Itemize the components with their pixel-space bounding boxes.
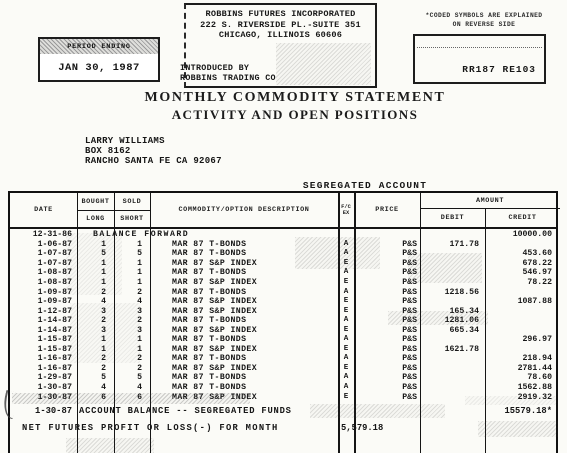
cell-description: MAR 87 T-BONDS: [150, 240, 338, 249]
cell-exchange-code: A: [338, 354, 354, 363]
column-header-amount: AMOUNT: [420, 193, 560, 208]
statement-row: 1-08-87 1 1 MAR 87 S&P INDEX E P&S 78.22: [10, 278, 560, 288]
coded-symbols-note-line1: *CODED SYMBOLS ARE EXPLAINED: [408, 12, 560, 21]
cell-sold: 1: [114, 240, 150, 249]
cell-date: 1-16-87: [10, 354, 77, 363]
cell-bought: 5: [77, 249, 114, 258]
cell-description: MAR 87 S&P INDEX: [150, 259, 338, 268]
statement-row: 1-15-87 1 1 MAR 87 S&P INDEX E P&S 1621.…: [10, 345, 560, 355]
cell-description: MAR 87 T-BONDS: [150, 354, 338, 363]
cell-price: P&S: [354, 393, 420, 402]
document-title-line1: MONTHLY COMMODITY STATEMENT: [30, 90, 560, 106]
cell-price: P&S: [354, 249, 420, 258]
cell-date: 1-07-87: [10, 259, 77, 268]
cell-exchange-code: E: [338, 259, 354, 268]
cell-credit: 1087.88: [485, 297, 560, 306]
column-header-description: COMMODITY/OPTION DESCRIPTION: [150, 193, 338, 227]
cell-description: MAR 87 T-BONDS: [150, 335, 338, 344]
scan-smudge: [66, 438, 154, 453]
cell-description: MAR 87 T-BONDS: [150, 316, 338, 325]
dotted-rule: [417, 47, 542, 48]
statement-table: DATE BOUGHT LONG SOLD SHORT COMMODITY/OP…: [8, 191, 558, 453]
section-title: SEGREGATED ACCOUNT: [180, 180, 550, 191]
broker-box: ROBBINS FUTURES INCORPORATED 222 S. RIVE…: [184, 3, 377, 88]
cell-price: P&S: [354, 383, 420, 392]
cell-sold: 4: [114, 297, 150, 306]
broker-address-line1: 222 S. RIVERSIDE PL.-SUITE 351: [186, 20, 375, 31]
cell-date: 12-31-86: [10, 230, 77, 239]
cell-bought: 2: [77, 364, 114, 373]
column-header-date: DATE: [10, 193, 77, 227]
cell-credit: 78.60: [485, 373, 560, 382]
introduced-by-block: INTRODUCED BY ROBBINS TRADING CO: [180, 64, 276, 83]
cell-sold: 1: [114, 259, 150, 268]
cell-description: MAR 87 T-BONDS: [150, 249, 338, 258]
header-rule: [10, 227, 556, 229]
cell-sold: 3: [114, 307, 150, 316]
cell-bought: 3: [77, 326, 114, 335]
cell-date: 1-12-87: [10, 307, 77, 316]
cell-exchange-code: E: [338, 345, 354, 354]
cell-credit: 678.22: [485, 259, 560, 268]
cell-exchange-code: E: [338, 326, 354, 335]
cell-debit: 665.34: [420, 326, 485, 335]
cell-sold: 5: [114, 249, 150, 258]
cell-exchange-code: E: [338, 297, 354, 306]
scan-smudge: [276, 43, 371, 85]
cell-sold: 2: [114, 316, 150, 325]
cell-date: 1-30-87: [10, 393, 77, 402]
statement-row: 1-08-87 1 1 MAR 87 T-BONDS A P&S 546.97: [10, 268, 560, 278]
cell-description: MAR 87 T-BONDS: [150, 288, 338, 297]
statement-row: 1-15-87 1 1 MAR 87 T-BONDS A P&S 296.97: [10, 335, 560, 345]
cell-price: P&S: [354, 345, 420, 354]
amount-rule: [420, 208, 560, 209]
cell-credit: 10000.00: [485, 230, 560, 239]
cell-sold: 6: [114, 393, 150, 402]
account-balance-row: 1-30-87 ACCOUNT BALANCE -- SEGREGATED FU…: [10, 403, 560, 419]
cell-price: P&S: [354, 326, 420, 335]
cell-date: 1-30-87: [10, 383, 77, 392]
cell-bought: 1: [77, 278, 114, 287]
statement-row: 1-30-87 4 4 MAR 87 T-BONDS A P&S 1562.88: [10, 383, 560, 393]
cell-exchange-code: A: [338, 383, 354, 392]
cell-date: 1-15-87: [10, 335, 77, 344]
cell-price: P&S: [354, 288, 420, 297]
cell-bought: 6: [77, 393, 114, 402]
account-balance-label: ACCOUNT BALANCE -- SEGREGATED FUNDS: [77, 406, 338, 416]
cell-description: MAR 87 S&P INDEX: [150, 364, 338, 373]
recipient-address: LARRY WILLIAMS BOX 8162 RANCHO SANTA FE …: [85, 137, 222, 166]
cell-exchange-code: A: [338, 288, 354, 297]
cell-date: 1-09-87: [10, 288, 77, 297]
cell-price: P&S: [354, 268, 420, 277]
cell-credit: 296.97: [485, 335, 560, 344]
statement-row: 1-16-87 2 2 MAR 87 S&P INDEX E P&S 2781.…: [10, 364, 560, 374]
cell-description: MAR 87 T-BONDS: [150, 383, 338, 392]
statement-row: 1-30-87 6 6 MAR 87 S&P INDEX E P&S 2919.…: [10, 392, 560, 402]
cell-exchange-code: A: [338, 249, 354, 258]
cell-description: MAR 87 T-BONDS: [150, 268, 338, 277]
column-header-debit: DEBIT: [420, 208, 485, 227]
cell-bought: 4: [77, 297, 114, 306]
cell-price: P&S: [354, 364, 420, 373]
coded-symbols-note: *CODED SYMBOLS ARE EXPLAINED ON REVERSE …: [408, 12, 560, 29]
cell-price: P&S: [354, 278, 420, 287]
column-header-short: SHORT: [114, 210, 150, 227]
cell-bought: 2: [77, 316, 114, 325]
balance-forward-row: 12-31-86 BALANCE FORWARD 10000.00: [10, 230, 560, 240]
cell-debit: 165.34: [420, 307, 485, 316]
statement-row: 1-09-87 2 2 MAR 87 T-BONDS A P&S 1218.56: [10, 287, 560, 297]
cell-bought: 3: [77, 307, 114, 316]
cell-bought: 1: [77, 268, 114, 277]
cell-credit: 453.60: [485, 249, 560, 258]
cell-date: 1-29-87: [10, 373, 77, 382]
cell-price: P&S: [354, 354, 420, 363]
statement-row: 1-16-87 2 2 MAR 87 T-BONDS A P&S 218.94: [10, 354, 560, 364]
statement-page: PERIOD ENDING JAN 30, 1987 ROBBINS FUTUR…: [0, 0, 567, 453]
cell-date: 1-14-87: [10, 326, 77, 335]
reference-code: RR187 RE103: [462, 64, 536, 75]
cell-sold: 5: [114, 373, 150, 382]
cell-price: P&S: [354, 316, 420, 325]
column-header-bought: BOUGHT: [77, 193, 114, 210]
cell-sold: 1: [114, 278, 150, 287]
cell-exchange-code: A: [338, 316, 354, 325]
cell-exchange-code: E: [338, 364, 354, 373]
column-header-price: PRICE: [354, 193, 420, 227]
cell-bought: 1: [77, 345, 114, 354]
bought-sold-rule: [77, 210, 150, 211]
cell-credit: 1562.88: [485, 383, 560, 392]
cell-date: 1-14-87: [10, 316, 77, 325]
cell-exchange-code: A: [338, 268, 354, 277]
cell-credit: 2919.32: [485, 393, 560, 402]
cell-date: 1-09-87: [10, 297, 77, 306]
cell-date: 1-08-87: [10, 268, 77, 277]
column-header-sold: SOLD: [114, 193, 150, 210]
cell-price: P&S: [354, 259, 420, 268]
statement-row: 1-07-87 1 1 MAR 87 S&P INDEX E P&S 678.2…: [10, 259, 560, 269]
cell-debit: 1218.56: [420, 288, 485, 297]
statement-row: 1-29-87 5 5 MAR 87 T-BONDS A P&S 78.60: [10, 373, 560, 383]
cell-credit: 546.97: [485, 268, 560, 277]
cell-price: P&S: [354, 373, 420, 382]
cell-sold: 2: [114, 354, 150, 363]
cell-debit: 1621.78: [420, 345, 485, 354]
cell-price: P&S: [354, 297, 420, 306]
net-profit-row: NET FUTURES PROFIT OR LOSS(-) FOR MONTH …: [10, 420, 560, 436]
cell-bought: 2: [77, 288, 114, 297]
coded-symbols-note-line2: ON REVERSE SIDE: [408, 21, 560, 30]
cell-sold: 4: [114, 383, 150, 392]
column-header-credit: CREDIT: [485, 208, 560, 227]
cell-date: 1-06-87: [10, 240, 77, 249]
cell-exchange-code: E: [338, 307, 354, 316]
cell-price: P&S: [354, 307, 420, 316]
balance-forward-label: BALANCE FORWARD: [77, 230, 338, 239]
cell-bought: 2: [77, 354, 114, 363]
period-ending-box: PERIOD ENDING JAN 30, 1987: [38, 37, 160, 82]
cell-exchange-code: A: [338, 335, 354, 344]
cell-price: P&S: [354, 335, 420, 344]
cell-date: 1-07-87: [10, 249, 77, 258]
introducing-broker-name: ROBBINS TRADING CO: [180, 74, 276, 84]
cell-debit: 171.78: [420, 240, 485, 249]
column-header-long: LONG: [77, 210, 114, 227]
cell-exchange-code: A: [338, 240, 354, 249]
cell-bought: 1: [77, 259, 114, 268]
statement-row: 1-12-87 3 3 MAR 87 S&P INDEX E P&S 165.3…: [10, 306, 560, 316]
cell-sold: 2: [114, 288, 150, 297]
cell-sold: 3: [114, 326, 150, 335]
cell-bought: 4: [77, 383, 114, 392]
column-header-exchange-code: F/C EX: [338, 193, 354, 227]
cell-sold: 1: [114, 268, 150, 277]
account-balance-amount: 15579.18*: [485, 406, 560, 416]
net-profit-label: NET FUTURES PROFIT OR LOSS(-) FOR MONTH: [10, 423, 338, 433]
cell-date: 1-30-87: [10, 406, 77, 416]
statement-row: 1-07-87 5 5 MAR 87 T-BONDS A P&S 453.60: [10, 249, 560, 259]
cell-exchange-code: E: [338, 278, 354, 287]
cell-exchange-code: E: [338, 393, 354, 402]
cell-date: 1-08-87: [10, 278, 77, 287]
broker-name: ROBBINS FUTURES INCORPORATED: [186, 9, 375, 20]
cell-description: MAR 87 S&P INDEX: [150, 393, 338, 402]
cell-credit: 2781.44: [485, 364, 560, 373]
cell-credit: 78.22: [485, 278, 560, 287]
cell-description: MAR 87 T-BONDS: [150, 373, 338, 382]
cell-sold: 1: [114, 335, 150, 344]
cell-description: MAR 87 S&P INDEX: [150, 278, 338, 287]
broker-address-line2: CHICAGO, ILLINOIS 60606: [186, 30, 375, 41]
cell-date: 1-15-87: [10, 345, 77, 354]
statement-row: 1-09-87 4 4 MAR 87 S&P INDEX E P&S 1087.…: [10, 297, 560, 307]
period-ending-date: JAN 30, 1987: [40, 54, 158, 82]
cell-bought: 1: [77, 240, 114, 249]
column-header-exchange-code-line2: EX: [343, 210, 349, 217]
net-profit-amount: 5,579.18: [338, 423, 420, 433]
statement-row: 1-14-87 3 3 MAR 87 S&P INDEX E P&S 665.3…: [10, 325, 560, 335]
cell-sold: 1: [114, 345, 150, 354]
reference-box: RR187 RE103: [413, 34, 546, 84]
cell-date: 1-16-87: [10, 364, 77, 373]
cell-description: MAR 87 S&P INDEX: [150, 297, 338, 306]
cell-price: P&S: [354, 240, 420, 249]
cell-exchange-code: A: [338, 373, 354, 382]
cell-bought: 5: [77, 373, 114, 382]
cell-debit: 1281.06: [420, 316, 485, 325]
recipient-address-line2: RANCHO SANTA FE CA 92067: [85, 157, 222, 167]
cell-description: MAR 87 S&P INDEX: [150, 307, 338, 316]
cell-bought: 1: [77, 335, 114, 344]
cell-sold: 2: [114, 364, 150, 373]
period-ending-label: PERIOD ENDING: [40, 39, 158, 54]
document-title: MONTHLY COMMODITY STATEMENT ACTIVITY AND…: [30, 90, 560, 123]
cell-credit: 218.94: [485, 354, 560, 363]
statement-row: 1-06-87 1 1 MAR 87 T-BONDS A P&S 171.78: [10, 240, 560, 250]
document-title-line2: ACTIVITY AND OPEN POSITIONS: [30, 107, 560, 123]
cell-description: MAR 87 S&P INDEX: [150, 345, 338, 354]
statement-rows: 12-31-86 BALANCE FORWARD 10000.00 1-06-8…: [10, 230, 560, 402]
statement-row: 1-14-87 2 2 MAR 87 T-BONDS A P&S 1281.06: [10, 316, 560, 326]
cell-description: MAR 87 S&P INDEX: [150, 326, 338, 335]
